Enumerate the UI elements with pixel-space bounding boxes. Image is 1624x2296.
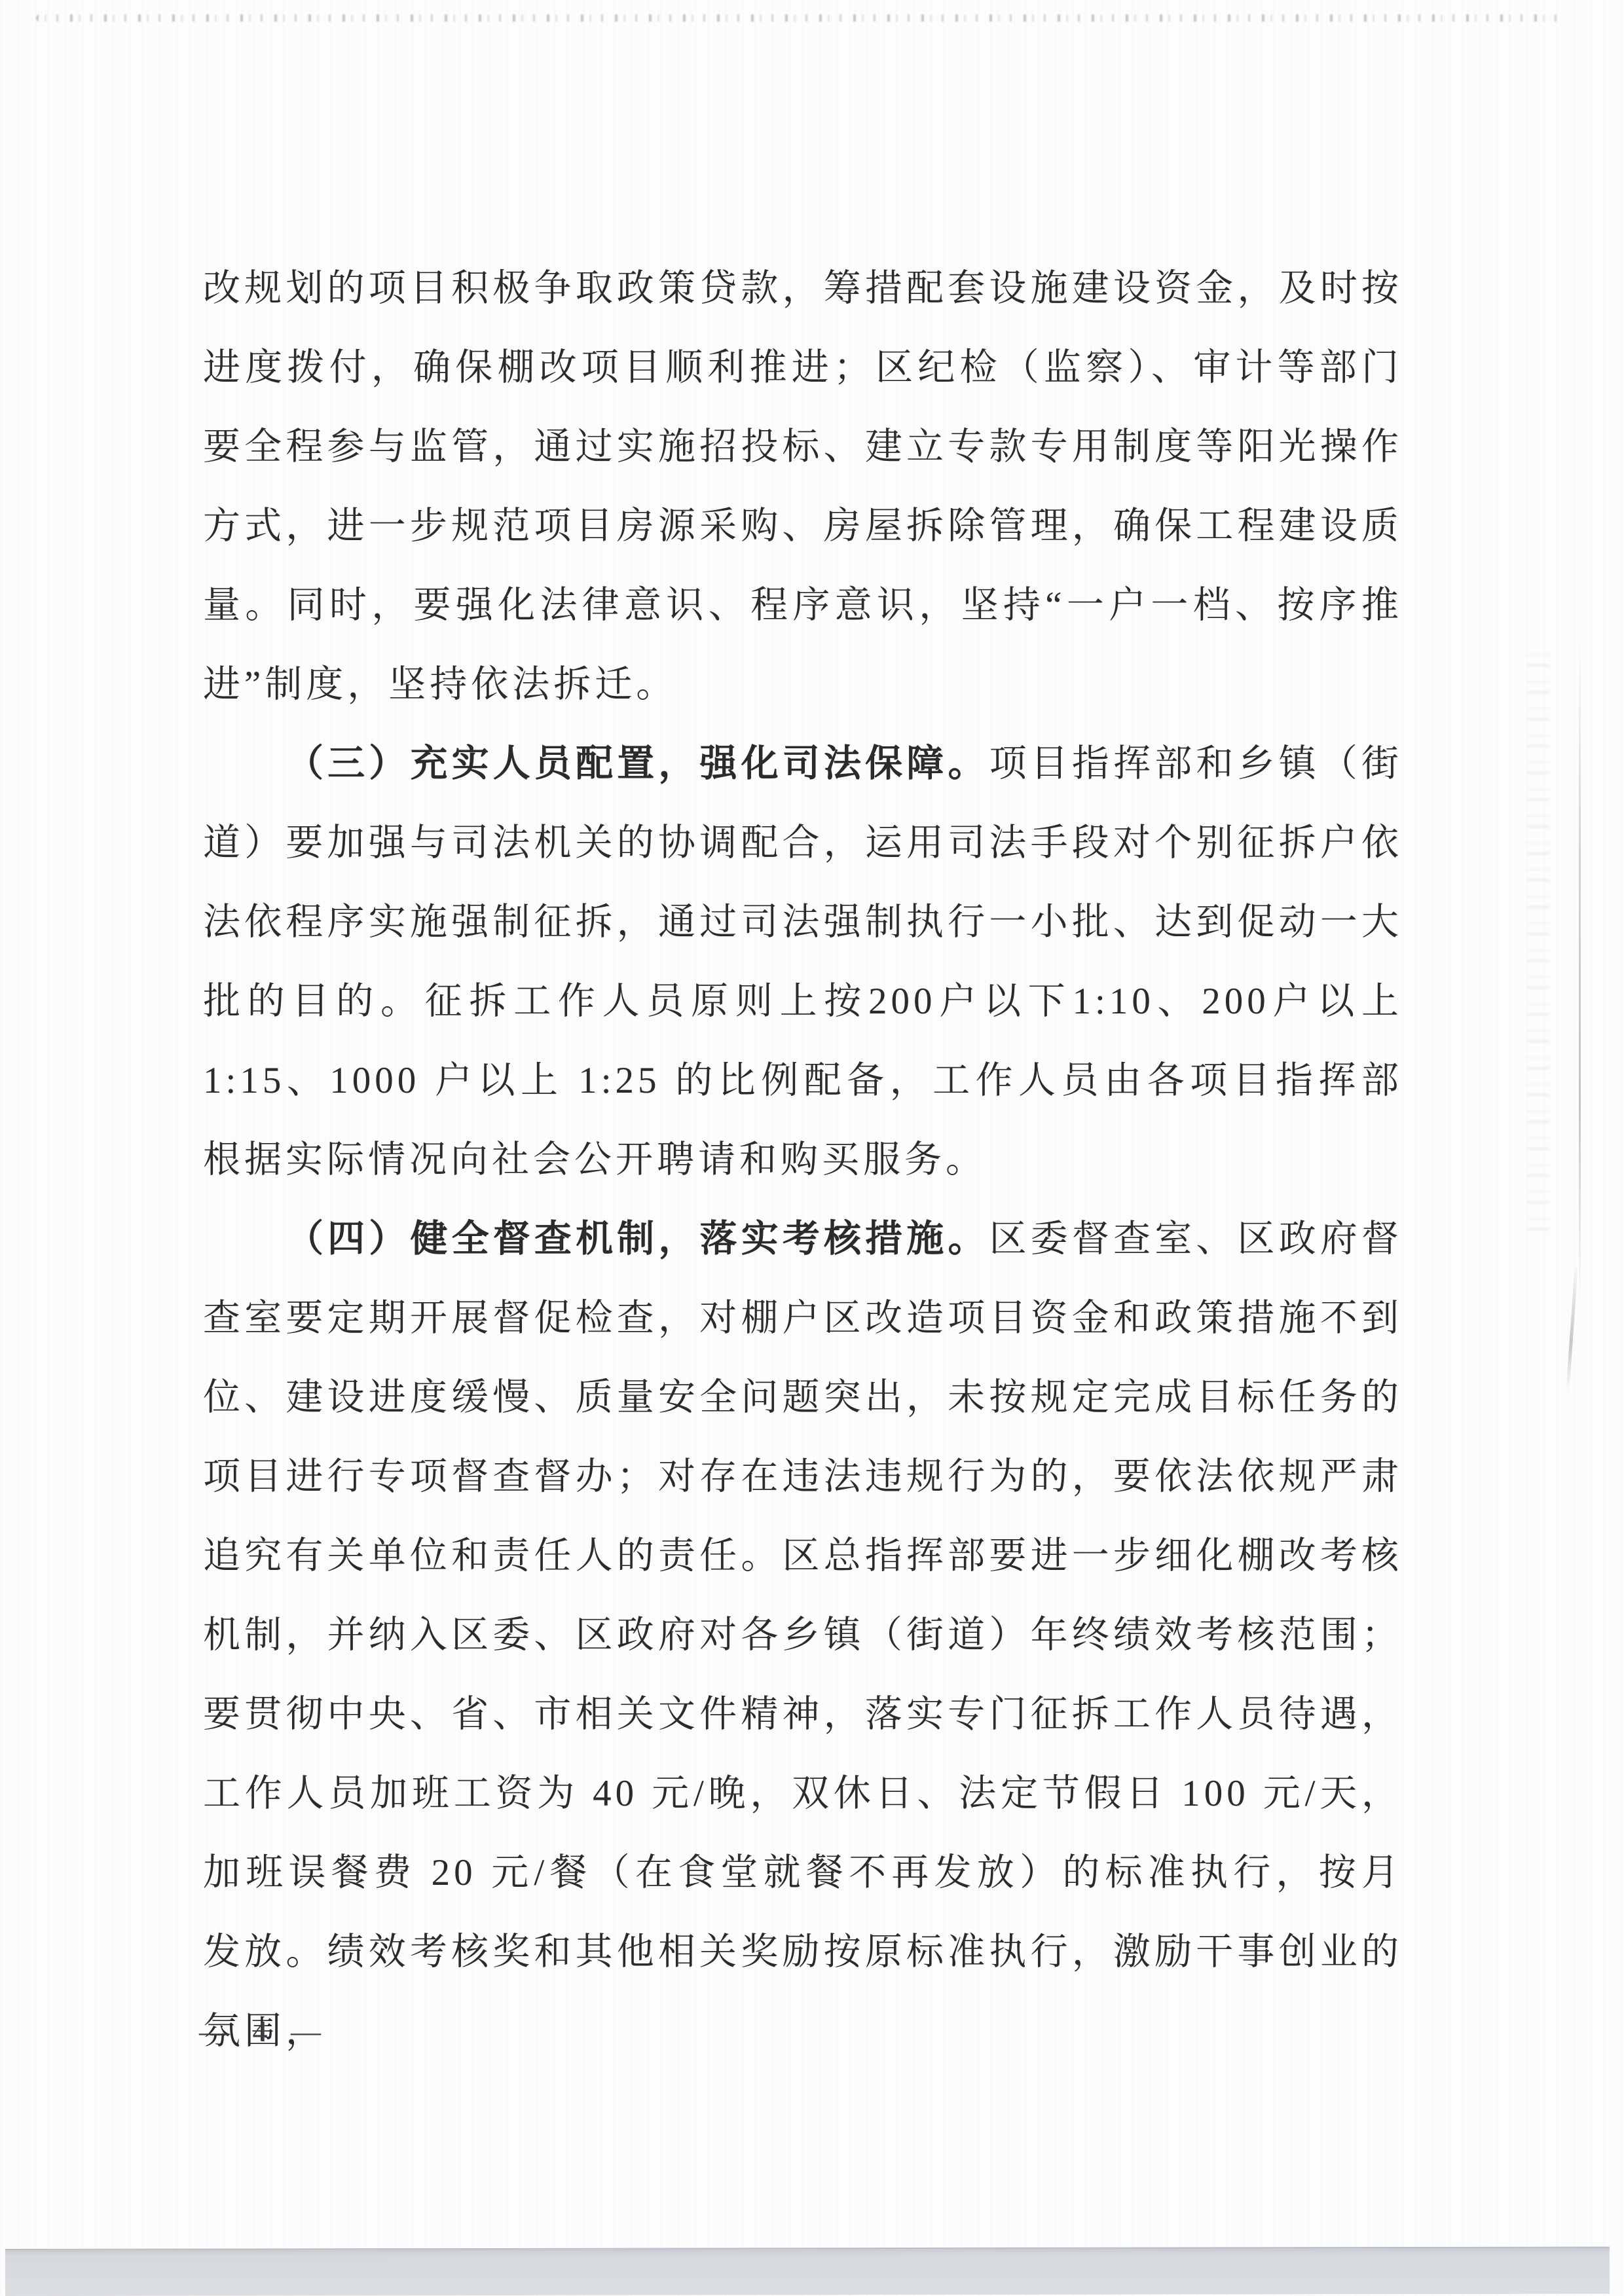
scan-artifact-top-edge (36, 14, 1562, 22)
scan-artifact-speckles (1527, 642, 1549, 1231)
section-4-paragraph: （四）健全督查机制，落实考核措施。区委督查室、区政府督查室要定期开展督促检查，对… (203, 1199, 1403, 2071)
section-3-paragraph: （三）充实人员配置，强化司法保障。项目指挥部和乡镇（街道）要加强与司法机关的协调… (203, 724, 1403, 1199)
page-number: — 4 — (199, 2014, 329, 2049)
scan-artifact-crease-hook (1566, 1267, 1578, 1391)
scan-artifact-crease-line (1579, 645, 1581, 1300)
section-3-heading: （三）充实人员配置，强化司法保障。 (286, 742, 989, 784)
paragraph-text: 项目指挥部和乡镇（街道）要加强与司法机关的协调配合，运用司法手段对个别征拆户依法… (203, 743, 1403, 1180)
scan-artifact-bottom-edge (5, 2247, 1610, 2296)
document-body: 改规划的项目积极争取政策贷款，筹措配套设施建设资金，及时按进度拨付，确保棚改项目… (203, 249, 1403, 2071)
paragraph-text: 区委督查室、区政府督查室要定期开展督促检查，对棚户区改造项目资金和政策措施不到位… (203, 1218, 1403, 2052)
section-4-heading: （四）健全督查机制，落实考核措施。 (286, 1218, 989, 1260)
paragraph-text: 改规划的项目积极争取政策贷款，筹措配套设施建设资金，及时按进度拨付，确保棚改项目… (203, 268, 1403, 705)
body-paragraph-continuation: 改规划的项目积极争取政策贷款，筹措配套设施建设资金，及时按进度拨付，确保棚改项目… (203, 249, 1403, 724)
